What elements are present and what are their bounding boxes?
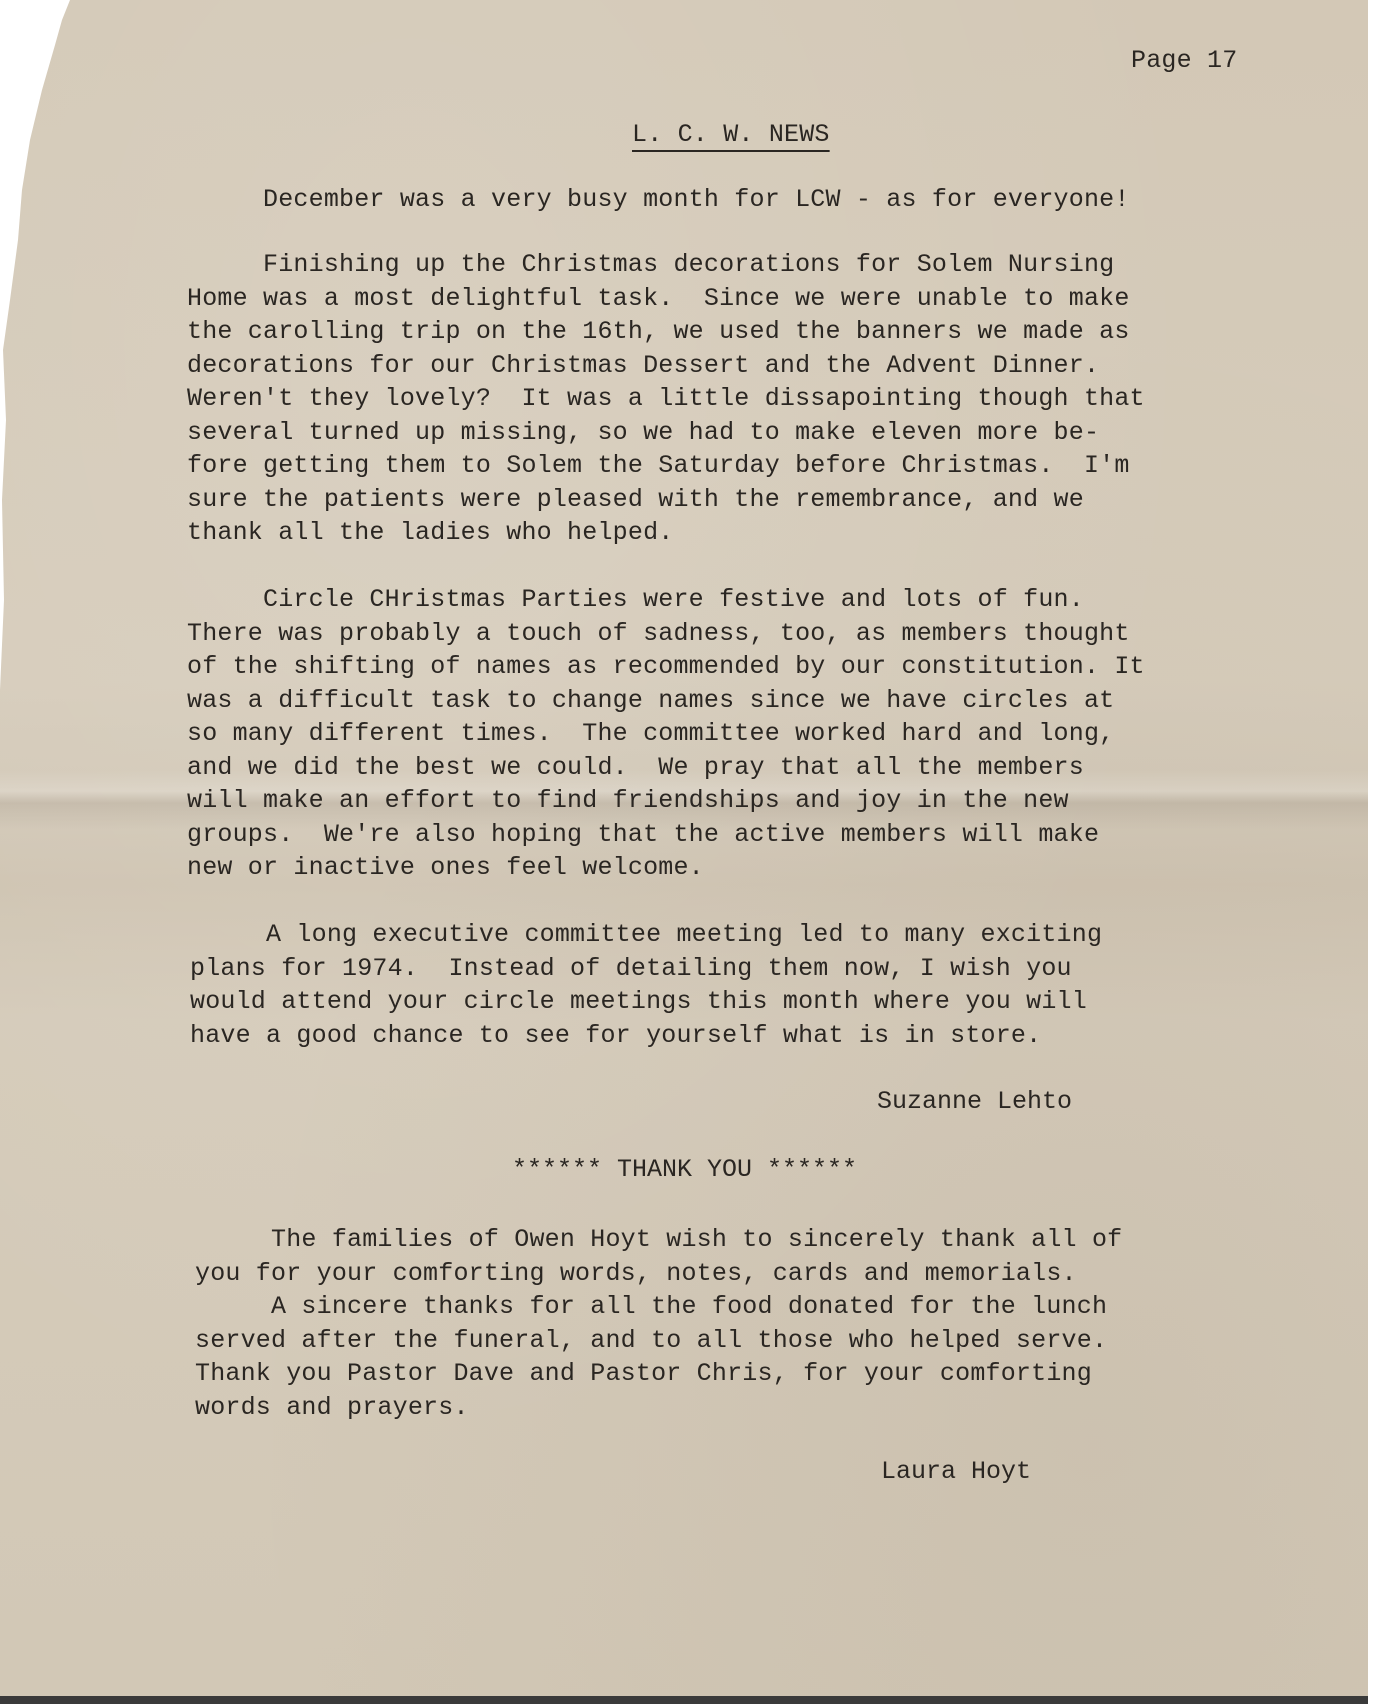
paragraph-line: Thank you Pastor Dave and Pastor Chris, … (195, 1357, 1122, 1391)
signature-suzanne-lehto: Suzanne Lehto (877, 1087, 1072, 1116)
paragraph-executive-committee: A long executive committee meeting led t… (190, 918, 1102, 1052)
paragraph-line: There was probably a touch of sadness, t… (187, 617, 1145, 651)
paragraph-line: decorations for our Christmas Dessert an… (187, 349, 1145, 383)
paragraph-line: served after the funeral, and to all tho… (195, 1324, 1122, 1358)
paragraph-line: so many different times. The committee w… (187, 717, 1145, 751)
paragraph-line: was a difficult task to change names sin… (187, 684, 1145, 718)
page-number: Page 17 (1131, 46, 1237, 75)
intro-line: December was a very busy month for LCW -… (187, 183, 1130, 217)
paragraph-circle-parties: Circle CHristmas Parties were festive an… (187, 583, 1145, 885)
paragraph-line: thank all the ladies who helped. (187, 516, 1145, 550)
paragraph-line: Circle CHristmas Parties were festive an… (187, 583, 1145, 617)
signature-laura-hoyt: Laura Hoyt (881, 1457, 1031, 1486)
paragraph-line: fore getting them to Solem the Saturday … (187, 449, 1145, 483)
paragraph-line: sure the patients were pleased with the … (187, 483, 1145, 517)
paragraph-line: plans for 1974. Instead of detailing the… (190, 952, 1102, 986)
paragraph-line: A sincere thanks for all the food donate… (195, 1290, 1122, 1324)
paragraph-line: have a good chance to see for yourself w… (190, 1019, 1102, 1053)
paragraph-line: Finishing up the Christmas decorations f… (187, 248, 1145, 282)
paragraph-decorations: Finishing up the Christmas decorations f… (187, 248, 1145, 550)
paragraph-line: words and prayers. (195, 1391, 1122, 1425)
paragraph-line: will make an effort to find friendships … (187, 784, 1145, 818)
paragraph-line: the carolling trip on the 16th, we used … (187, 315, 1145, 349)
paragraph-line: The families of Owen Hoyt wish to sincer… (195, 1223, 1122, 1257)
paragraph-line: groups. We're also hoping that the activ… (187, 818, 1145, 852)
paragraph-line: new or inactive ones feel welcome. (187, 851, 1145, 885)
thank-you-heading: ****** THANK YOU ****** (512, 1155, 857, 1184)
paragraph-line: Home was a most delightful task. Since w… (187, 282, 1145, 316)
scan-bottom-edge (0, 1696, 1368, 1704)
section-title: L. C. W. NEWS (632, 120, 830, 149)
intro-paragraph: December was a very busy month for LCW -… (187, 183, 1130, 217)
paragraph-line: several turned up missing, so we had to … (187, 416, 1145, 450)
paragraph-line: of the shifting of names as recommended … (187, 650, 1145, 684)
paragraph-line: would attend your circle meetings this m… (190, 985, 1102, 1019)
paragraph-line: and we did the best we could. We pray th… (187, 751, 1145, 785)
paragraph-line: you for your comforting words, notes, ca… (195, 1257, 1122, 1291)
paragraph-line: Weren't they lovely? It was a little dis… (187, 382, 1145, 416)
paragraph-line: A long executive committee meeting led t… (190, 918, 1102, 952)
thank-you-paragraph: The families of Owen Hoyt wish to sincer… (195, 1223, 1122, 1424)
